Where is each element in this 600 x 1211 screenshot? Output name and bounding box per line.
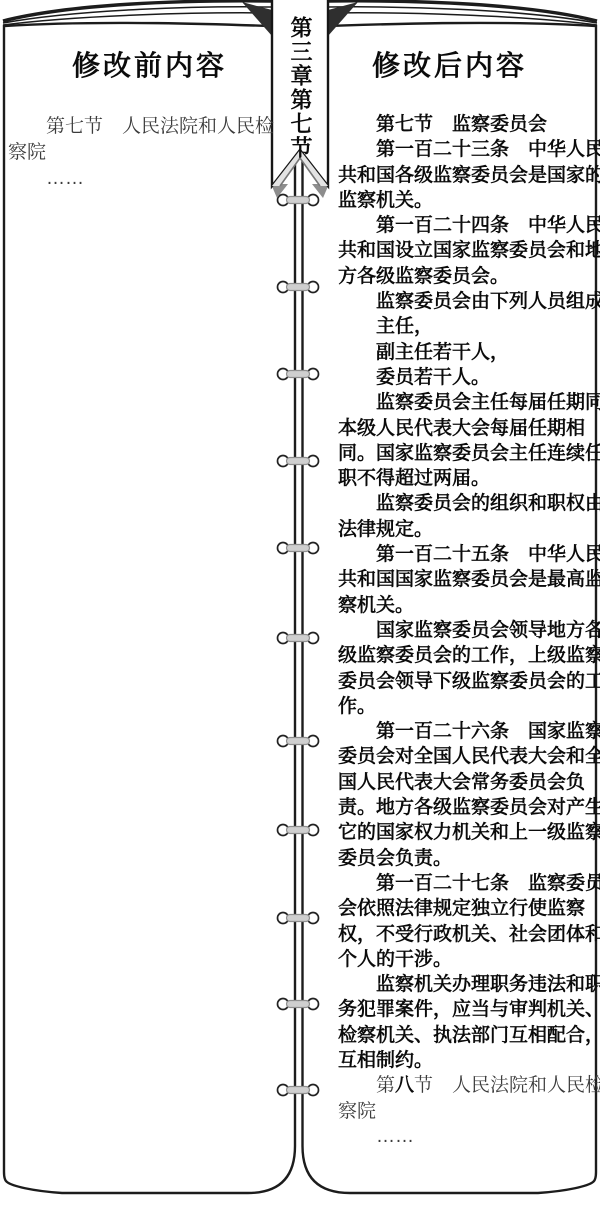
text-line: 副主任若干人， (338, 340, 594, 365)
after-content-text: 第七节 监察委员会 第一百二十三条 中华人民共和国各级监察委员会是国家的监察机关… (338, 112, 594, 1149)
text-line: 共和国设立国家监察委员会和地 (338, 238, 594, 263)
binding-ring (278, 282, 319, 293)
text-line: 责。地方各级监察委员会对产生 (338, 795, 594, 820)
binding-ring (278, 369, 319, 380)
before-content-text: 第七节 人民法院和人民检察院 …… (8, 114, 292, 192)
binding-ring (278, 736, 319, 747)
text-line: 主任， (338, 314, 594, 339)
binding-ring (278, 913, 319, 924)
text-line: 监察委员会主任每届任期同 (338, 390, 594, 415)
text-line: 共和国各级监察委员会是国家的 (338, 163, 594, 188)
text-line: 第七节 监察委员会 (338, 112, 594, 137)
text-line: 权，不受行政机关、社会团体和 (338, 922, 594, 947)
text-line: 级监察委员会的工作，上级监察 (338, 643, 594, 668)
text-line: 委员会对全国人民代表大会和全 (338, 744, 594, 769)
text-line: 务犯罪案件，应当与审判机关、 (338, 997, 594, 1022)
text-line: 个人的干涉。 (338, 947, 594, 972)
text-line: 察院 (338, 1099, 594, 1124)
text-line: 监察委员会由下列人员组成： (338, 289, 594, 314)
text-line: 监察机关办理职务违法和职 (338, 972, 594, 997)
binding-ring (278, 195, 319, 206)
text-line: 同。国家监察委员会主任连续任 (338, 441, 594, 466)
binding-ring (278, 999, 319, 1010)
text-line: 检察机关、执法部门互相配合， (338, 1023, 594, 1048)
text-line: 它的国家权力机关和上一级监察 (338, 820, 594, 845)
text-line: 互相制约。 (338, 1048, 594, 1073)
binding-ring (278, 543, 319, 554)
text-line: 第一百二十五条 中华人民 (338, 542, 594, 567)
text-line: 委员若干人。 (338, 365, 594, 390)
text-line: 委员会负责。 (338, 846, 594, 871)
text-line: 方各级监察委员会。 (338, 264, 594, 289)
binding-ring (278, 456, 319, 467)
text-line: 第一百二十七条 监察委员 (338, 871, 594, 896)
page-curl-lines-right (328, 1, 597, 25)
text-line: 察院 (8, 140, 292, 166)
text-line: 共和国国家监察委员会是最高监 (338, 567, 594, 592)
text-line: …… (338, 1124, 594, 1149)
after-header: 修改后内容 (302, 44, 597, 84)
text-line: 会依照法律规定独立行使监察 (338, 896, 594, 921)
binding-ring (278, 633, 319, 644)
text-line: 本级人民代表大会每届任期相 (338, 416, 594, 441)
text-line: 监察委员会的组织和职权由 (338, 491, 594, 516)
text-line: 职不得超过两届。 (338, 466, 594, 491)
binding-ring (278, 1085, 319, 1096)
text-line: …… (8, 166, 292, 192)
text-line: 委员会领导下级监察委员会的工 (338, 669, 594, 694)
text-line: 第一百二十六条 国家监察 (338, 719, 594, 744)
amendment-comparison-infographic: 第三章第七节 修改前内容 修改后内容 第七节 人民法院和人民检察院 …… 第七节… (0, 0, 600, 1211)
binding-ring (278, 825, 319, 836)
left-page-shape (4, 23, 295, 1193)
text-line: 第八节 人民法院和人民检 (338, 1073, 594, 1098)
text-line: 第七节 人民法院和人民检 (8, 114, 292, 140)
text-line: 第一百二十四条 中华人民 (338, 213, 594, 238)
text-line: 国人民代表大会常务委员会负 (338, 770, 594, 795)
text-line: 第一百二十三条 中华人民 (338, 137, 594, 162)
text-line: 察机关。 (338, 593, 594, 618)
before-header: 修改前内容 (4, 44, 295, 84)
text-line: 法律规定。 (338, 517, 594, 542)
text-line: 作。 (338, 694, 594, 719)
text-line: 国家监察委员会领导地方各 (338, 618, 594, 643)
text-line: 监察机关。 (338, 188, 594, 213)
page-curl-lines-left (3, 1, 272, 25)
